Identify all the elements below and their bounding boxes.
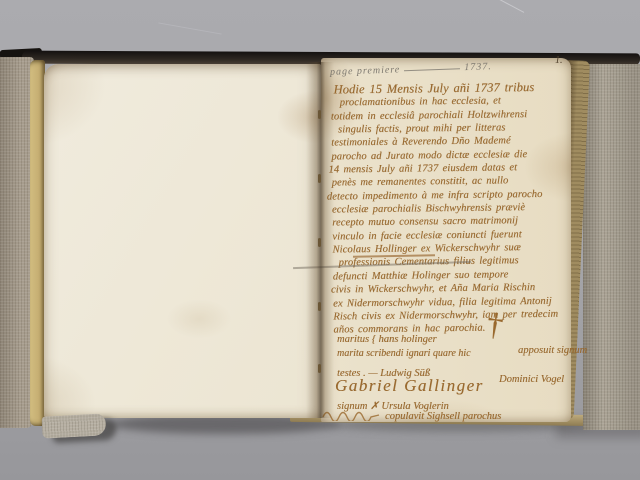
background-scratch — [158, 22, 221, 34]
pencil-note-year: 1737. — [464, 61, 492, 74]
background-scratch — [494, 0, 524, 13]
manuscript-photo: page premiere 1737. 1. Hodie 15 Mensis J… — [0, 0, 640, 480]
book-gutter — [306, 62, 334, 418]
right-page: page premiere 1737. 1. Hodie 15 Mensis J… — [321, 58, 571, 422]
apposuit-note: apposuit signum — [518, 345, 587, 357]
maritus-line: maritus { hans holinger — [337, 334, 437, 346]
binding-cloth-left — [0, 57, 34, 428]
manuscript-text-block: Hodie 15 Mensis July añi 1737 tribusproc… — [330, 81, 571, 337]
pencil-folio-note: page premiere 1737. — [330, 61, 492, 79]
witness-name-right: Dominici Vogel — [499, 374, 564, 386]
folio-number: 1. — [555, 55, 563, 66]
binding-stitch — [318, 110, 321, 119]
pencil-note-text: page premiere — [330, 64, 401, 78]
marita-line: marita scribendi ignari quare hic — [337, 348, 471, 360]
closing-line: copulavit Sighsell parochus — [385, 411, 501, 423]
binding-stitch — [318, 302, 321, 311]
fabric-support-right — [583, 64, 640, 430]
witness-signature: Gabriel Gallinger — [335, 380, 484, 392]
pencil-dash-stroke — [404, 68, 460, 71]
binding-stitch — [318, 174, 321, 183]
parchment-cover-edge — [30, 60, 45, 426]
cloth-tie-tab — [41, 413, 106, 438]
binding-stitch — [318, 238, 321, 247]
left-page-blank — [44, 64, 321, 418]
binding-stitch — [318, 364, 321, 373]
signature-cross-mark: † — [486, 317, 504, 331]
